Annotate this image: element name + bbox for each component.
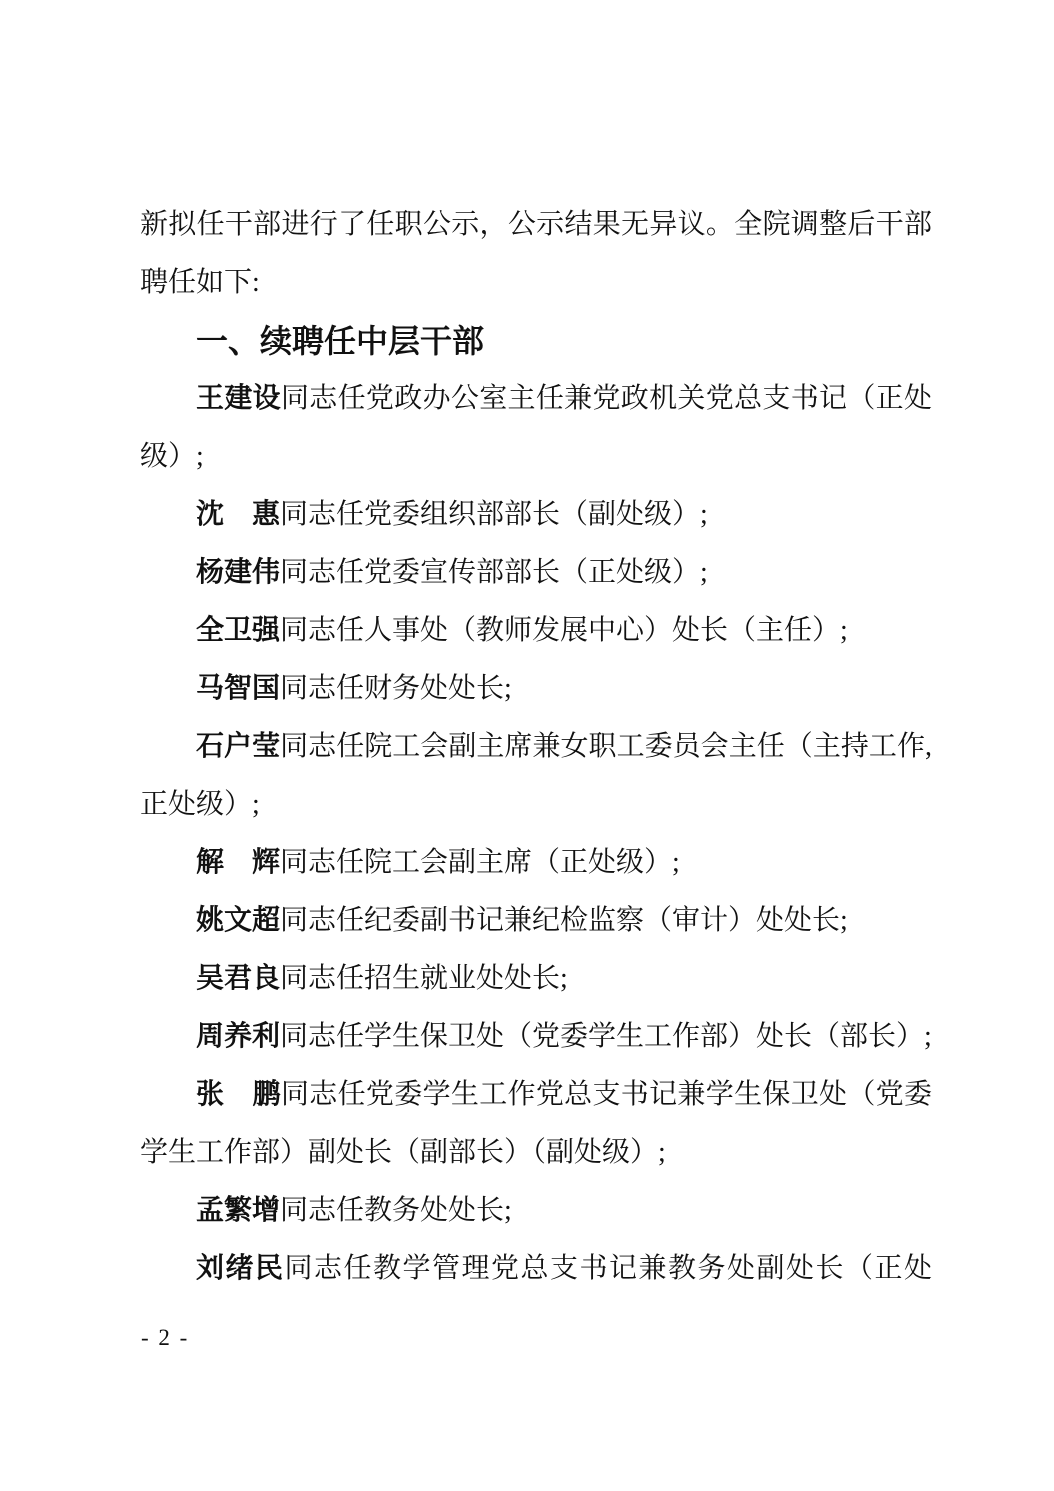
line-text: 正处级）; bbox=[140, 789, 260, 820]
line-text: 同志任学生保卫处（党委学生工作部）处长（部长）; bbox=[280, 1021, 932, 1052]
page-body: 新拟任干部进行了任职公示，公示结果无异议。全院调整后干部 聘任如下: 一、续聘任… bbox=[140, 196, 932, 1298]
heading-text: 一、续聘任中层干部 bbox=[196, 323, 484, 359]
person-name: 石户莹 bbox=[196, 731, 280, 762]
line-text: 同志任党委组织部部长（副处级）; bbox=[280, 499, 708, 530]
appointment-line-wang-jianshe: 王建设同志任党政办公室主任兼党政机关党总支书记（正处 bbox=[140, 370, 932, 428]
line-text: 同志任教学管理党总支书记兼教务处副处长（正处 bbox=[285, 1253, 932, 1284]
footer-page-number: - 2 - bbox=[141, 1325, 189, 1351]
appointment-line-yao-wenchao: 姚文超同志任纪委副书记兼纪检监察（审计）处处长; bbox=[140, 892, 932, 950]
person-name: 全卫强 bbox=[196, 615, 280, 646]
appointment-line-zhang-peng: 张 鹏同志任党委学生工作党总支书记兼学生保卫处（党委 bbox=[140, 1066, 932, 1124]
person-name: 王建设 bbox=[196, 383, 281, 414]
line-text: 学生工作部）副处长（副部长）（副处级）; bbox=[140, 1137, 666, 1168]
line-text: 同志任院工会副主席（正处级）; bbox=[280, 847, 680, 878]
line-text: 同志任党委学生工作党总支书记兼学生保卫处（党委 bbox=[281, 1079, 932, 1110]
person-name: 解 辉 bbox=[196, 847, 280, 878]
appointment-line-yang-jianwei: 杨建伟同志任党委宣传部部长（正处级）; bbox=[140, 544, 932, 602]
line-text: 新拟任干部进行了任职公示，公示结果无异议。全院调整后干部 bbox=[140, 209, 932, 240]
appointment-line-wu-junliang: 吴君良同志任招生就业处处长; bbox=[140, 950, 932, 1008]
line-text: 同志任党委宣传部部长（正处级）; bbox=[280, 557, 708, 588]
line-text: 同志任财务处处长; bbox=[280, 673, 512, 704]
person-name: 马智国 bbox=[196, 673, 280, 704]
document-page: 新拟任干部进行了任职公示，公示结果无异议。全院调整后干部 聘任如下: 一、续聘任… bbox=[0, 0, 1054, 1491]
appointment-line-zhang-peng-cont: 学生工作部）副处长（副部长）（副处级）; bbox=[140, 1124, 932, 1182]
appointment-line-xie-hui: 解 辉同志任院工会副主席（正处级）; bbox=[140, 834, 932, 892]
line-text: 同志任人事处（教师发展中心）处长（主任）; bbox=[280, 615, 848, 646]
person-name: 孟繁增 bbox=[196, 1195, 280, 1226]
person-name: 杨建伟 bbox=[196, 557, 280, 588]
line-text: 聘任如下: bbox=[140, 267, 260, 298]
intro-line-1: 新拟任干部进行了任职公示，公示结果无异议。全院调整后干部 bbox=[140, 196, 932, 254]
intro-line-2: 聘任如下: bbox=[140, 254, 932, 312]
section-heading: 一、续聘任中层干部 bbox=[140, 312, 932, 370]
appointment-line-shi-huying: 石户莹同志任院工会副主席兼女职工委员会主任（主持工作, bbox=[140, 718, 932, 776]
appointment-line-wang-jianshe-cont: 级）; bbox=[140, 428, 932, 486]
line-text: 同志任教务处处长; bbox=[280, 1195, 512, 1226]
line-text: 同志任招生就业处处长; bbox=[280, 963, 568, 994]
person-name: 刘绪民 bbox=[196, 1253, 285, 1284]
person-name: 姚文超 bbox=[196, 905, 280, 936]
person-name: 周养利 bbox=[196, 1021, 280, 1052]
appointment-line-shi-huying-cont: 正处级）; bbox=[140, 776, 932, 834]
line-text: 同志任纪委副书记兼纪检监察（审计）处处长; bbox=[280, 905, 848, 936]
line-text: 同志任党政办公室主任兼党政机关党总支书记（正处 bbox=[281, 383, 932, 414]
person-name: 张 鹏 bbox=[196, 1079, 281, 1110]
appointment-line-ma-zhiguo: 马智国同志任财务处处长; bbox=[140, 660, 932, 718]
appointment-line-meng-fanzeng: 孟繁增同志任教务处处长; bbox=[140, 1182, 932, 1240]
appointment-line-liu-xumin: 刘绪民同志任教学管理党总支书记兼教务处副处长（正处 bbox=[140, 1240, 932, 1298]
line-text: 级）; bbox=[140, 441, 204, 472]
person-name: 沈 惠 bbox=[196, 499, 280, 530]
appointment-line-quan-weiqiang: 全卫强同志任人事处（教师发展中心）处长（主任）; bbox=[140, 602, 932, 660]
appointment-line-shen-hui: 沈 惠同志任党委组织部部长（副处级）; bbox=[140, 486, 932, 544]
person-name: 吴君良 bbox=[196, 963, 280, 994]
line-text: 同志任院工会副主席兼女职工委员会主任（主持工作, bbox=[280, 731, 932, 762]
appointment-line-zhou-yangli: 周养利同志任学生保卫处（党委学生工作部）处长（部长）; bbox=[140, 1008, 932, 1066]
